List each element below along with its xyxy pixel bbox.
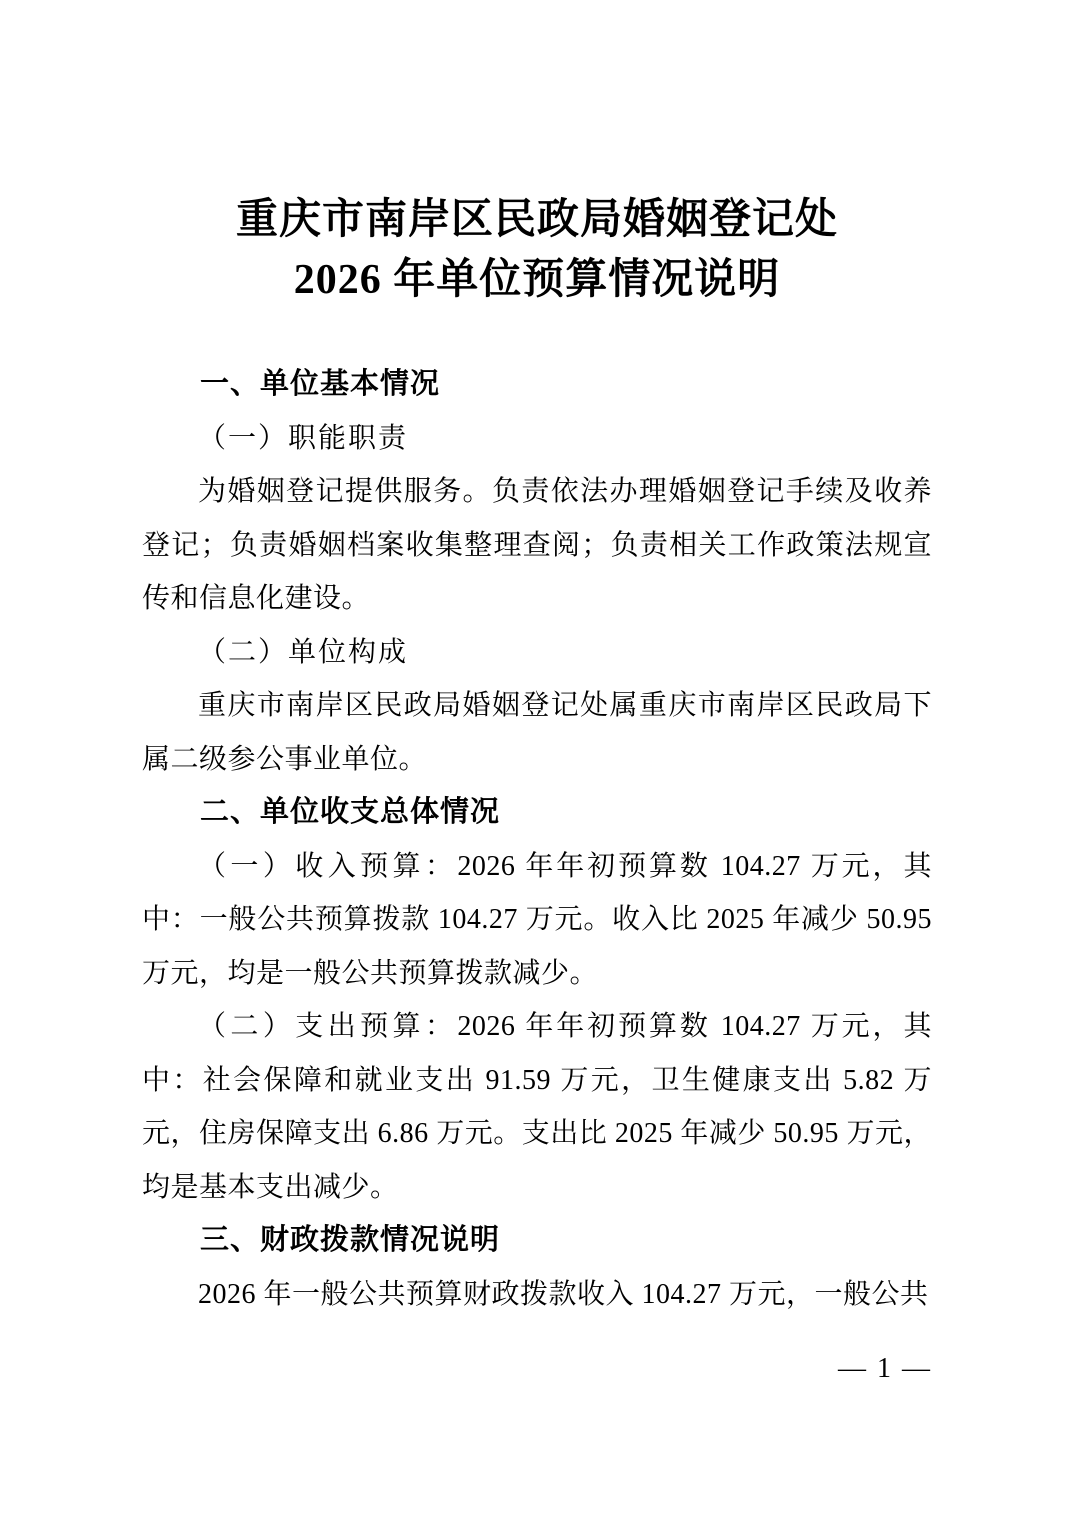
sub-heading: （二）单位构成 (142, 626, 932, 680)
paragraph: 2026 年一般公共预算财政拨款收入 104.27 万元，一般公共 (142, 1268, 932, 1322)
paragraph: 重庆市南岸区民政局婚姻登记处属重庆市南岸区民政局下属二级参公事业单位。 (142, 679, 932, 786)
paragraph-lead: （一）收入预算： (198, 851, 457, 882)
document-body: 一、单位基本情况（一）职能职责为婚姻登记提供服务。负责依法办理婚姻登记手续及收养… (142, 358, 932, 1321)
sub-heading: （一）职能职责 (142, 412, 932, 466)
section-heading: 三、财政拨款情况说明 (142, 1214, 932, 1268)
paragraph: （一）收入预算：2026 年年初预算数 104.27 万元，其中：一般公共预算拨… (142, 840, 932, 1001)
title-line-1: 重庆市南岸区民政局婚姻登记处 (120, 190, 954, 250)
document-title: 重庆市南岸区民政局婚姻登记处 2026 年单位预算情况说明 (120, 190, 954, 310)
paragraph: 为婚姻登记提供服务。负责依法办理婚姻登记手续及收养登记；负责婚姻档案收集整理查阅… (142, 465, 932, 626)
title-line-2: 2026 年单位预算情况说明 (120, 250, 954, 310)
document-page: 重庆市南岸区民政局婚姻登记处 2026 年单位预算情况说明 一、单位基本情况（一… (0, 0, 1074, 1520)
page-number: — 1 — (838, 1352, 932, 1386)
section-heading: 二、单位收支总体情况 (142, 786, 932, 840)
paragraph: （二）支出预算：2026 年年初预算数 104.27 万元，其中：社会保障和就业… (142, 1000, 932, 1214)
paragraph-lead: （二）支出预算： (198, 1011, 457, 1042)
section-heading: 一、单位基本情况 (142, 358, 932, 412)
